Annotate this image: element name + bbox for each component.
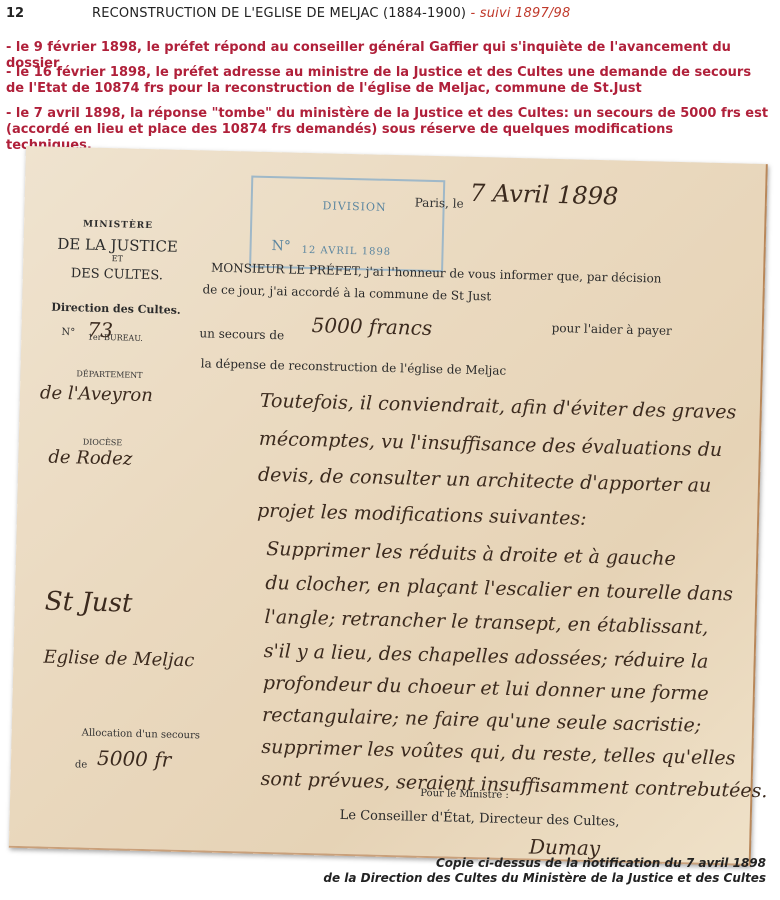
departement-value: de l'Aveyron bbox=[40, 382, 153, 406]
handwritten-line: devis, de consulter un architecte d'appo… bbox=[258, 464, 712, 497]
allocation-label: Allocation d'un secours bbox=[82, 728, 201, 742]
ministry-block: MINISTÈRE DE LA JUSTICE ET DES CULTES. D… bbox=[45, 219, 188, 344]
allocation-value: 5000 fr bbox=[97, 746, 172, 772]
letter-place: Paris, le bbox=[415, 196, 464, 211]
number-label: N° bbox=[61, 327, 75, 338]
stamp-date: 12 AVRIL 1898 bbox=[301, 245, 391, 258]
handwritten-line: s'il y a lieu, des chapelles adossées; r… bbox=[263, 640, 708, 673]
handwritten-line: Toutefois, il conviendrait, afin d'évite… bbox=[260, 390, 737, 424]
letter-date: 7 Avril 1898 bbox=[470, 179, 619, 211]
stamp-division: DIVISION bbox=[322, 199, 386, 214]
handwritten-line: sont prévues, seraient insuffisamment co… bbox=[260, 768, 767, 802]
departement-label: DÉPARTEMENT bbox=[76, 369, 142, 380]
note-2: - le 16 février 1898, le préfet adresse … bbox=[6, 65, 751, 97]
number-value: 73 bbox=[87, 318, 113, 343]
commune-value: St Just bbox=[45, 587, 133, 619]
note-text: - le 16 février 1898, le préfet adresse … bbox=[6, 65, 751, 80]
secours-amount: 5000 francs bbox=[311, 313, 432, 340]
note-text: de l'Etat de 10874 frs pour la reconstru… bbox=[6, 81, 642, 96]
aider-line: pour l'aider à payer bbox=[552, 321, 672, 338]
handwritten-line: supprimer les voûtes qui, du reste, tell… bbox=[261, 736, 736, 770]
division-stamp: DIVISION N° 12 AVRIL 1898 bbox=[249, 176, 445, 273]
note-3: - le 7 avril 1898, la réponse "tombe" du… bbox=[6, 106, 768, 154]
decision-line: de ce jour, j'ai accordé à la commune de… bbox=[202, 282, 491, 303]
diocese-label: DIOCÈSE bbox=[83, 437, 123, 447]
ministry-direction: Direction des Cultes. bbox=[46, 301, 186, 317]
page-subtitle: - suivi 1897/98 bbox=[466, 6, 570, 21]
note-text: (accordé en lieu et place des 10874 frs … bbox=[6, 122, 673, 137]
image-caption: Copie ci-dessus de la notification du 7 … bbox=[323, 856, 766, 886]
secours-line: un secours de bbox=[199, 326, 284, 342]
handwritten-line: du clocher, en plaçant l'escalier en tou… bbox=[265, 572, 733, 605]
stamp-number: N° bbox=[271, 238, 291, 254]
caption-line: Copie ci-dessus de la notification du 7 … bbox=[323, 856, 766, 871]
caption-line: de la Direction des Cultes du Ministère … bbox=[323, 871, 766, 886]
page-header: 12 RECONSTRUCTION DE L'EGLISE DE MELJAC … bbox=[6, 4, 774, 26]
allocation-prefix: de bbox=[75, 759, 88, 770]
diocese-value: de Rodez bbox=[48, 447, 132, 470]
handwritten-line: mécomptes, vu l'insuffisance des évaluat… bbox=[259, 428, 723, 461]
page-number: 12 bbox=[6, 6, 24, 21]
depense-line: la dépense de reconstruction de l'église… bbox=[201, 356, 507, 377]
handwritten-line: l'angle; retrancher le transept, en étab… bbox=[264, 606, 708, 639]
title-text: RECONSTRUCTION DE L'EGLISE DE MELJAC (18… bbox=[92, 6, 466, 21]
signature-title: Le Conseiller d'État, Directeur des Cult… bbox=[340, 808, 620, 830]
scanned-letter: DIVISION N° 12 AVRIL 1898 Paris, le 7 Av… bbox=[9, 146, 768, 866]
ministry-line: MINISTÈRE bbox=[48, 219, 188, 232]
page-title: RECONSTRUCTION DE L'EGLISE DE MELJAC (18… bbox=[92, 6, 570, 21]
note-text: - le 7 avril 1898, la réponse "tombe" du… bbox=[6, 106, 768, 121]
church-value: Eglise de Meljac bbox=[43, 647, 194, 672]
ministry-line: DES CULTES. bbox=[47, 266, 187, 284]
signature-label: Pour le Ministre : bbox=[420, 788, 509, 801]
handwritten-line: projet les modifications suivantes: bbox=[257, 500, 587, 530]
handwritten-line: Supprimer les réduits à droite et à gauc… bbox=[266, 538, 676, 570]
ministry-line: DE LA JUSTICE bbox=[47, 235, 187, 256]
handwritten-line: profondeur du choeur et lui donner une f… bbox=[263, 672, 709, 705]
handwritten-line: rectangulaire; ne faire qu'une seule sac… bbox=[262, 704, 702, 737]
